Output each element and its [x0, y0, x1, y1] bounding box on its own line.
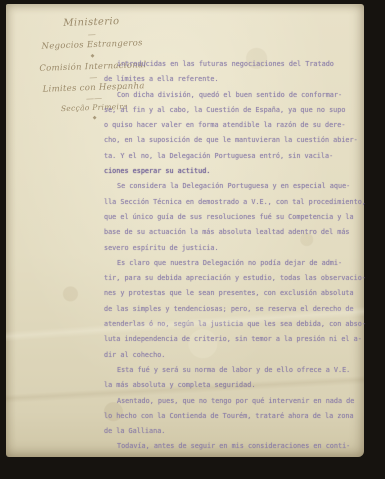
typewritten-line: la más absoluta y completa seguridad. [104, 378, 366, 393]
typewritten-line: Asentado, pues, que no tengo por qué int… [104, 394, 366, 409]
typewritten-line: Esta fué y será su norma de labor y de e… [104, 363, 366, 378]
typewritten-line: atenderlas ó no, según la justicia que l… [104, 317, 366, 332]
typewritten-line: luta independencia de criterio, sin temo… [104, 332, 366, 347]
typewritten-line: de la Galliana. [104, 424, 366, 439]
letterhead-line: —— [86, 95, 102, 101]
typewritten-line: o quiso hacer valer en forma atendible l… [104, 118, 366, 133]
typewritten-line: base de su actuación la más absoluta lea… [104, 225, 366, 240]
typewritten-line: lo hecho con la Contienda de Tourém, tra… [104, 409, 366, 424]
letterhead-line: — [89, 74, 97, 79]
typewritten-line: tir, para su debida apreciación y estudi… [104, 271, 366, 286]
letterhead-line: ◆ [90, 52, 94, 58]
typewritten-line: Todavía, antes de seguir en mis consider… [104, 439, 366, 454]
typewritten-line: Con dicha división, quedó el buen sentid… [104, 88, 366, 103]
typewritten-line: lla Sección Técnica en demostrado a V.E.… [104, 195, 366, 210]
typewritten-line: se, al fin y al cabo, la Cuestión de Esp… [104, 103, 366, 118]
typewritten-line: introducidas en las futuras negociacione… [104, 57, 366, 72]
typewritten-line: Se considera la Delegación Portuguesa y … [104, 179, 366, 194]
typewritten-text: introducidas en las futuras negociacione… [104, 57, 366, 455]
typewritten-line: dir al cohecho. [104, 348, 366, 363]
typewritten-line: nes y protestas que le sean presentes, c… [104, 286, 366, 301]
typewritten-line: de límites a ella referente. [104, 72, 366, 87]
typewritten-line: Es claro que nuestra Delegación no podía… [104, 256, 366, 271]
letterhead-line: ◆ [93, 114, 97, 120]
typewritten-line: ciones esperar su actitud. [104, 164, 366, 179]
typewritten-line: de las simples y tendenciosas; pero, se … [104, 302, 366, 317]
typewritten-line: ta. Y el no, la Delegación Portuguesa en… [104, 149, 366, 164]
typewritten-line: que el único guía de sus resoluciones fu… [104, 210, 366, 225]
scanner-background: Ministerio—Negocios Estrangeros◆Comisión… [0, 0, 385, 479]
document-page: Ministerio—Negocios Estrangeros◆Comisión… [6, 4, 364, 457]
letterhead-line: Ministerio [63, 16, 120, 30]
typewritten-line: cho, en la suposición de que le mantuvie… [104, 133, 366, 148]
letterhead-line: — [88, 31, 96, 36]
letterhead-line: Negocios Estrangeros [41, 38, 143, 52]
typewritten-line: severo espíritu de justicia. [104, 241, 366, 256]
